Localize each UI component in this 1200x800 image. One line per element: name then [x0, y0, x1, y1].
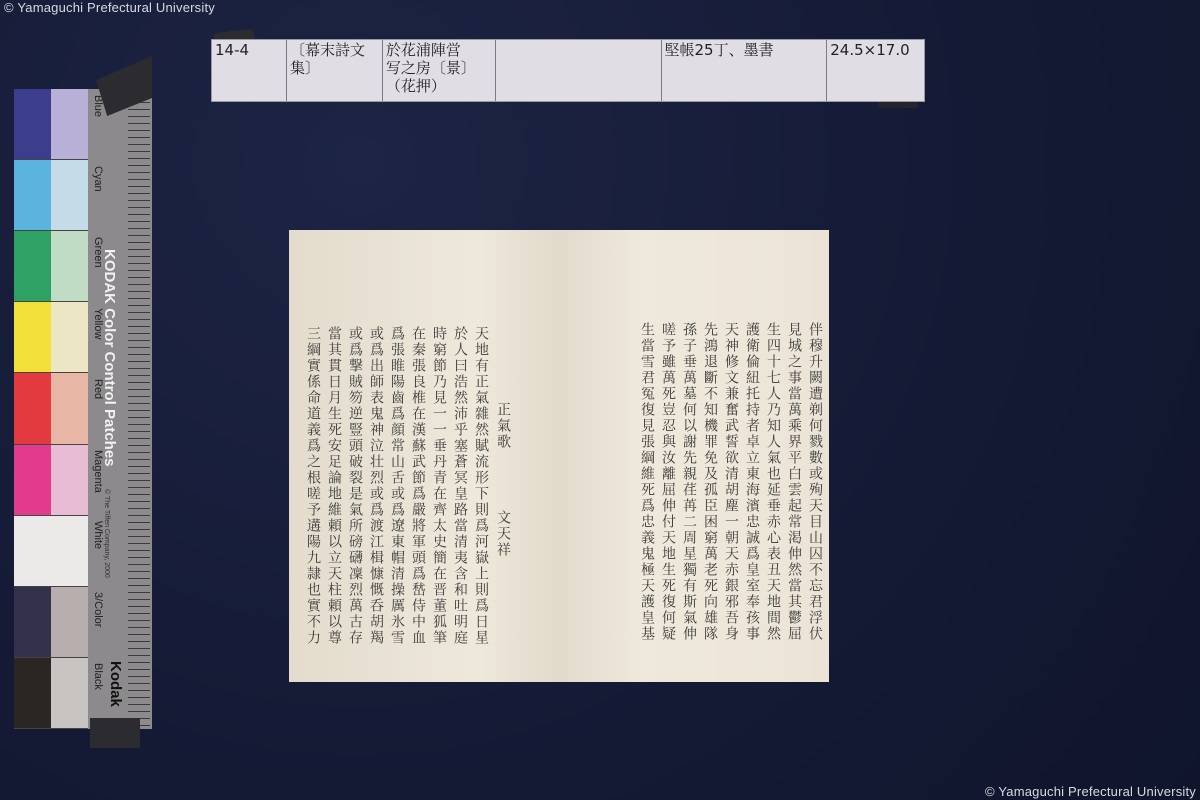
- label-cell: 24.5×17.0: [827, 40, 924, 101]
- patch-white: [14, 516, 88, 587]
- right-page: 伴穆升闕遭剃何戮數或殉天目山囚不忘君浮伏見城之事當萬乘界平白雲起常渇伸然當其鬱屈…: [559, 230, 829, 682]
- catalog-label: 14-4〔幕末詩文 集〕於花浦陣営 写之房〔景〕 （花押）堅帳25丁、墨書24.…: [211, 39, 925, 102]
- label-cell: [496, 40, 662, 101]
- kodak-logo: Kodak: [107, 661, 124, 707]
- patch-label: Black: [92, 663, 104, 690]
- label-cell: 〔幕末詩文 集〕: [287, 40, 383, 101]
- patch-cyan: [14, 160, 88, 231]
- chart-brand: KODAK Color Control Patches: [101, 249, 118, 467]
- watermark-bottom: © Yamaguchi Prefectural University: [985, 784, 1196, 799]
- patch-magenta: [14, 445, 88, 516]
- label-cell: 14-4: [212, 40, 287, 101]
- patch-red: [14, 373, 88, 444]
- patch-label: Green: [92, 237, 104, 268]
- left-page-title: 正氣歌: [492, 402, 513, 450]
- left-page: 正氣歌 文天祥 天地有正氣雜然賦流形下則爲河嶽上則爲日星於人曰浩然沛乎塞蒼冥皇路…: [289, 230, 559, 682]
- open-manuscript: 正氣歌 文天祥 天地有正氣雜然賦流形下則爲河嶽上則爲日星於人曰浩然沛乎塞蒼冥皇路…: [289, 230, 829, 682]
- patch-label: Red: [92, 379, 104, 399]
- patch-label: Cyan: [92, 166, 104, 192]
- patch-black: [14, 658, 88, 729]
- patch-label: Yellow: [92, 308, 104, 339]
- color-control-chart: KODAK Color Control Patches © The Tiffen…: [14, 89, 152, 729]
- patch-blue: [14, 89, 88, 160]
- patch-label: White: [92, 521, 104, 549]
- left-page-text: 天地有正氣雜然賦流形下則爲河嶽上則爲日星於人曰浩然沛乎塞蒼冥皇路當清夷含和吐明庭…: [301, 326, 491, 650]
- tape: [90, 718, 140, 748]
- color-patches: [14, 89, 88, 729]
- ruler-ticks: [128, 89, 150, 729]
- ruler: KODAK Color Control Patches © The Tiffen…: [88, 89, 152, 729]
- watermark-top: © Yamaguchi Prefectural University: [4, 0, 215, 15]
- patch-3-color: [14, 587, 88, 658]
- label-cell: 於花浦陣営 写之房〔景〕 （花押）: [383, 40, 496, 101]
- label-cell: 堅帳25丁、墨書: [662, 40, 828, 101]
- patch-label: Magenta: [92, 450, 104, 493]
- chart-copyright: © The Tiffen Company, 2000: [103, 489, 110, 578]
- patch-green: [14, 231, 88, 302]
- patch-yellow: [14, 302, 88, 373]
- patch-label: 3/Color: [92, 592, 104, 627]
- right-page-text: 伴穆升闕遭剃何戮數或殉天目山囚不忘君浮伏見城之事當萬乘界平白雲起常渇伸然當其鬱屈…: [597, 322, 825, 642]
- left-page-author: 文天祥: [492, 510, 513, 558]
